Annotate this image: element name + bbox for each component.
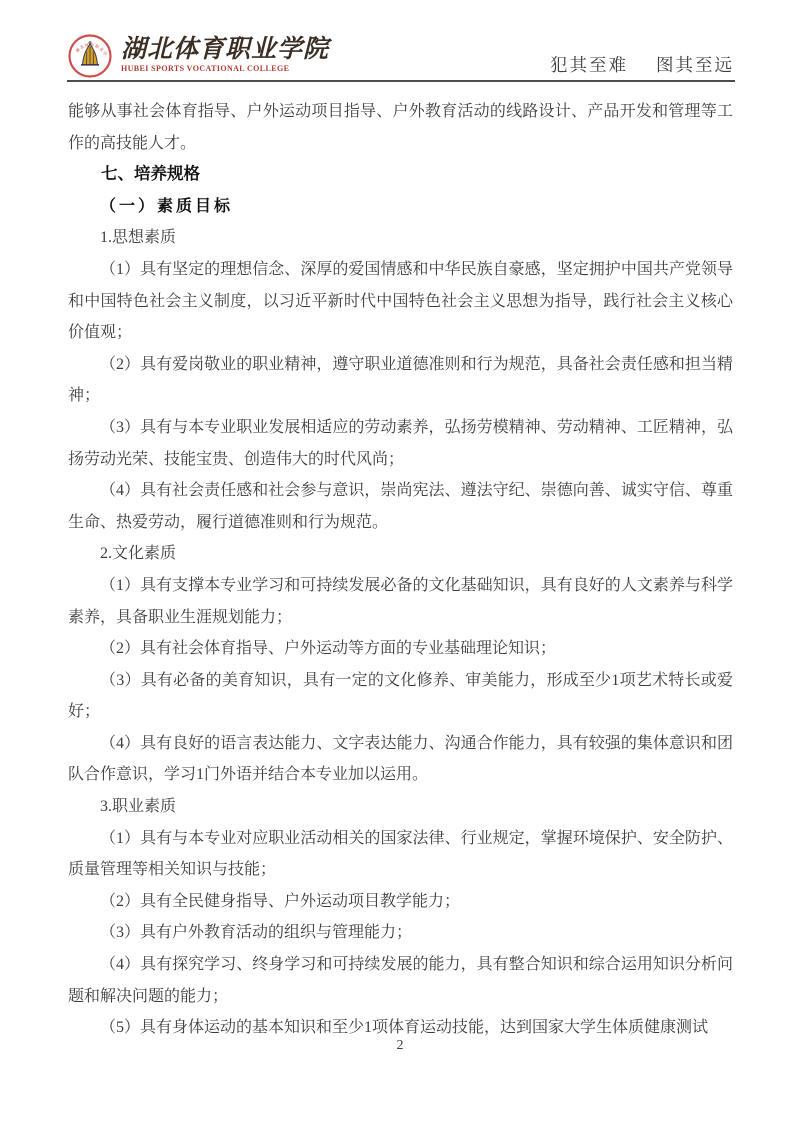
list-item-paragraph: （1）具有坚定的理想信念、深厚的爱国情感和中华民族自豪感，坚定拥护中国共产党领导… — [68, 254, 733, 349]
college-name-chinese: 湖北体育职业学院 — [121, 36, 329, 63]
header-divider-rule — [67, 80, 735, 82]
motto-right: 图其至远 — [656, 55, 734, 75]
page-number: 2 — [0, 1038, 800, 1054]
college-name-block: 湖北体育职业学院 HUBEI SPORTS VOCATIONAL COLLEGE — [121, 34, 329, 73]
college-brand: 湖北体育职业学院 湖北体育职业学院 HUBEI SPORTS VOCATIONA… — [68, 34, 329, 78]
body-paragraph: 能够从事社会体育指导、户外运动项目指导、户外教育活动的线路设计、产品开发和管理等… — [68, 96, 733, 159]
document-page: 湖北体育职业学院 湖北体育职业学院 HUBEI SPORTS VOCATIONA… — [0, 0, 800, 1131]
list-item-paragraph: （3）具有必备的美育知识，具有一定的文化修养、审美能力，形成至少1项艺术特长或爱… — [68, 665, 733, 728]
list-item-paragraph: （1）具有支撑本专业学习和可持续发展必备的文化基础知识，具有良好的人文素养与科学… — [68, 570, 733, 633]
list-item-paragraph: （4）具有探究学习、终身学习和可持续发展的能力，具有整合知识和综合运用知识分析问… — [68, 949, 733, 1012]
list-item-paragraph: （4）具有良好的语言表达能力、文字表达能力、沟通合作能力，具有较强的集体意识和团… — [68, 728, 733, 791]
list-item-paragraph: （4）具有社会责任感和社会参与意识，崇尚宪法、遵法守纪、崇德向善、诚实守信、尊重… — [68, 475, 733, 538]
list-item-paragraph: （3）具有户外教育活动的组织与管理能力； — [68, 917, 733, 949]
page-header: 湖北体育职业学院 湖北体育职业学院 HUBEI SPORTS VOCATIONA… — [68, 34, 734, 80]
list-item-paragraph: （3）具有与本专业职业发展相适应的劳动素养，弘扬劳模精神、劳动精神、工匠精神，弘… — [68, 412, 733, 475]
list-item-paragraph: （2）具有爱岗敬业的职业精神，遵守职业道德准则和行为规范，具备社会责任感和担当精… — [68, 349, 733, 412]
list-item-paragraph: （2）具有社会体育指导、户外运动等方面的专业基础理论知识； — [68, 633, 733, 665]
college-name-english: HUBEI SPORTS VOCATIONAL COLLEGE — [121, 64, 329, 73]
college-motto: 犯其至难图其至远 — [550, 52, 734, 80]
list-item-paragraph: （2）具有全民健身指导、户外运动项目教学能力； — [68, 886, 733, 918]
list-item-paragraph: （1）具有与本专业对应职业活动相关的国家法律、行业规定，掌握环境保护、安全防护、… — [68, 823, 733, 886]
college-seal-icon: 湖北体育职业学院 — [68, 34, 112, 78]
numbered-subheading: 2.文化素质 — [68, 538, 733, 570]
document-body: 能够从事社会体育指导、户外运动项目指导、户外教育活动的线路设计、产品开发和管理等… — [68, 96, 733, 1044]
college-seal-logo: 湖北体育职业学院 — [68, 34, 112, 78]
numbered-subheading: 3.职业素质 — [68, 791, 733, 823]
section-heading: 七、培养规格 — [68, 159, 733, 191]
motto-left: 犯其至难 — [550, 55, 628, 75]
subsection-heading: （一）素质目标 — [68, 191, 733, 223]
numbered-subheading: 1.思想素质 — [68, 222, 733, 254]
